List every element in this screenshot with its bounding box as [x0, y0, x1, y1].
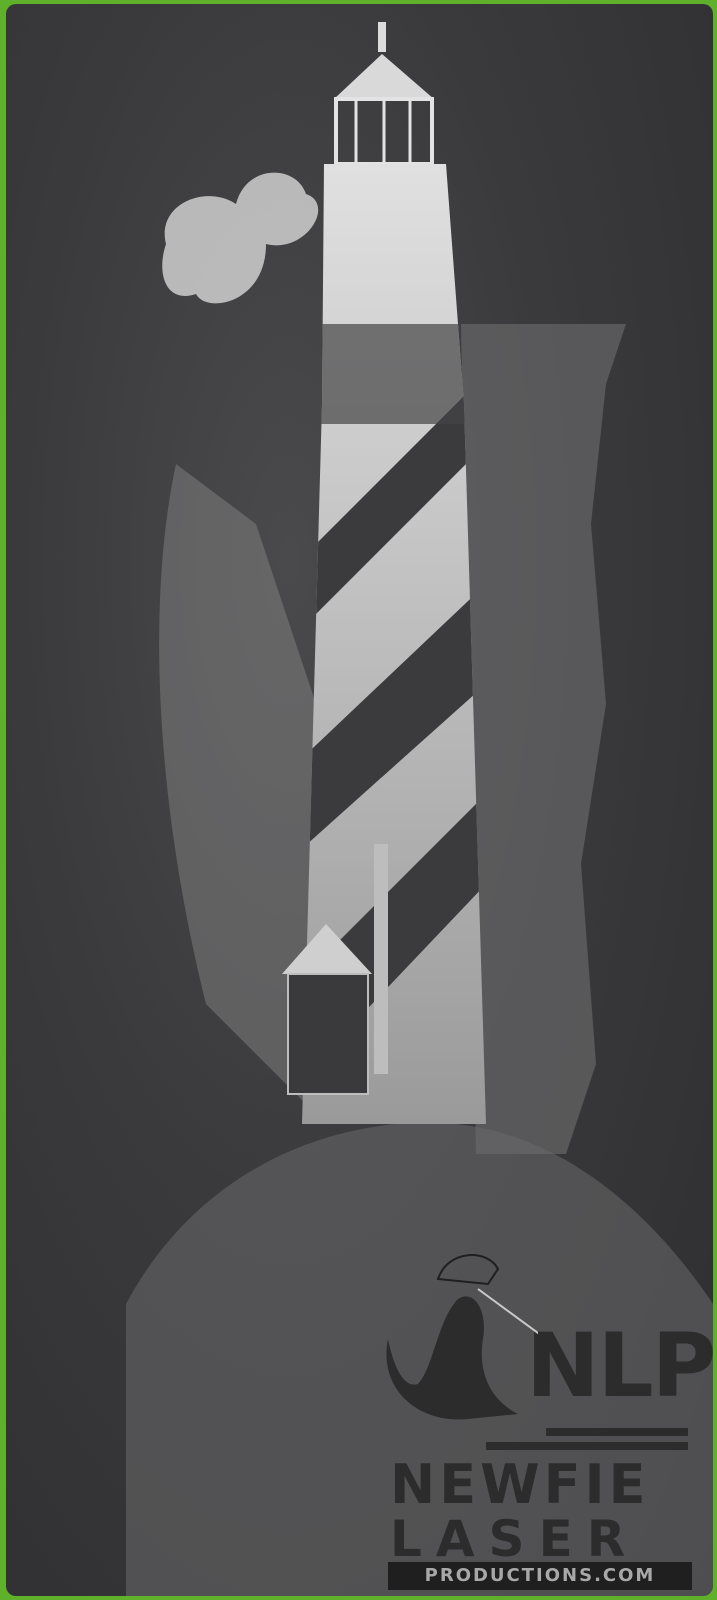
seal-with-hat-icon — [378, 1249, 538, 1429]
slate-tile: NLP NEWFIE LASER PRODUCTIONS.COM — [6, 4, 713, 1596]
logo-initials: NLP — [526, 1314, 713, 1417]
logo-website: PRODUCTIONS.COM — [388, 1562, 692, 1590]
logo-line-laser: LASER — [390, 1514, 690, 1564]
logo-divider — [486, 1442, 688, 1450]
logo-divider — [546, 1428, 688, 1436]
logo-line-newfie: NEWFIE — [390, 1458, 690, 1512]
